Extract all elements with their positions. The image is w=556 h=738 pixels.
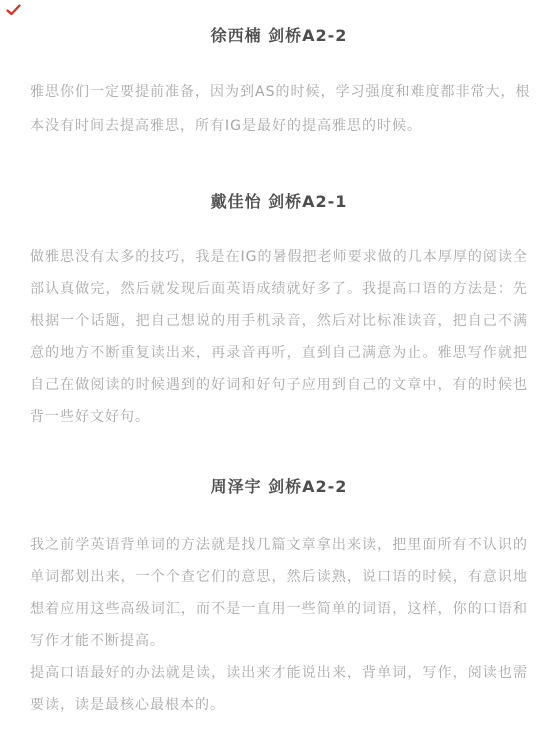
text-line: 自己在做阅读的时候遇到的好词和好句子应用到自己的文章中，有的时候也 bbox=[30, 369, 528, 401]
text-line: 想着应用这些高级词汇，而不是一直用一些简单的词语，这样，你的口语和 bbox=[30, 593, 528, 625]
document-page: 徐西楠 剑桥A2-2 雅思你们一定要提前准备，因为到AS的时候，学习强度和难度都… bbox=[0, 0, 556, 738]
text-line: 雅思你们一定要提前准备，因为到AS的时候，学习强度和难度都非常大，根 bbox=[30, 75, 528, 109]
text-line: 提高口语最好的办法就是读，读出来才能说出来，背单词，写作，阅读也需 bbox=[30, 657, 528, 689]
text-line: 背一些好文好句。 bbox=[30, 401, 528, 433]
text-line: 写作才能不断提高。 bbox=[30, 625, 528, 657]
text-line: 本没有时间去提高雅思，所有IG是最好的提高雅思的时候。 bbox=[30, 109, 528, 143]
text-line: 部认真做完，然后就发现后面英语成绩就好多了。我提高口语的方法是：先 bbox=[30, 273, 528, 305]
text-line: 我之前学英语背单词的方法就是找几篇文章拿出来读，把里面所有不认识的 bbox=[30, 529, 528, 561]
text-line: 意的地方不断重复读出来，再录音再听，直到自己满意为止。雅思写作就把 bbox=[30, 337, 528, 369]
testimonial-paragraph: 雅思你们一定要提前准备，因为到AS的时候，学习强度和难度都非常大，根本没有时间去… bbox=[30, 75, 528, 143]
student-heading-2: 戴佳怡 剑桥A2-1 bbox=[30, 192, 528, 212]
testimonial-paragraph: 提高口语最好的办法就是读，读出来才能说出来，背单词，写作，阅读也需要读，读是最核… bbox=[30, 657, 528, 721]
testimonial-paragraph: 我之前学英语背单词的方法就是找几篇文章拿出来读，把里面所有不认识的单词都划出来，… bbox=[30, 529, 528, 657]
testimonial-paragraph: 做雅思没有太多的技巧，我是在IG的暑假把老师要求做的几本厚厚的阅读全部认真做完，… bbox=[30, 241, 528, 433]
student-heading-3: 周泽宇 剑桥A2-2 bbox=[30, 477, 528, 497]
red-check-mark-icon bbox=[6, 4, 21, 16]
text-line: 要读，读是最核心最根本的。 bbox=[30, 689, 528, 721]
text-line: 单词都划出来，一个个查它们的意思，然后读熟，说口语的时候，有意识地 bbox=[30, 561, 528, 593]
text-line: 根据一个话题，把自己想说的用手机录音，然后对比标准读音，把自己不满 bbox=[30, 305, 528, 337]
student-heading-1: 徐西楠 剑桥A2-2 bbox=[30, 26, 528, 46]
text-line: 做雅思没有太多的技巧，我是在IG的暑假把老师要求做的几本厚厚的阅读全 bbox=[30, 241, 528, 273]
